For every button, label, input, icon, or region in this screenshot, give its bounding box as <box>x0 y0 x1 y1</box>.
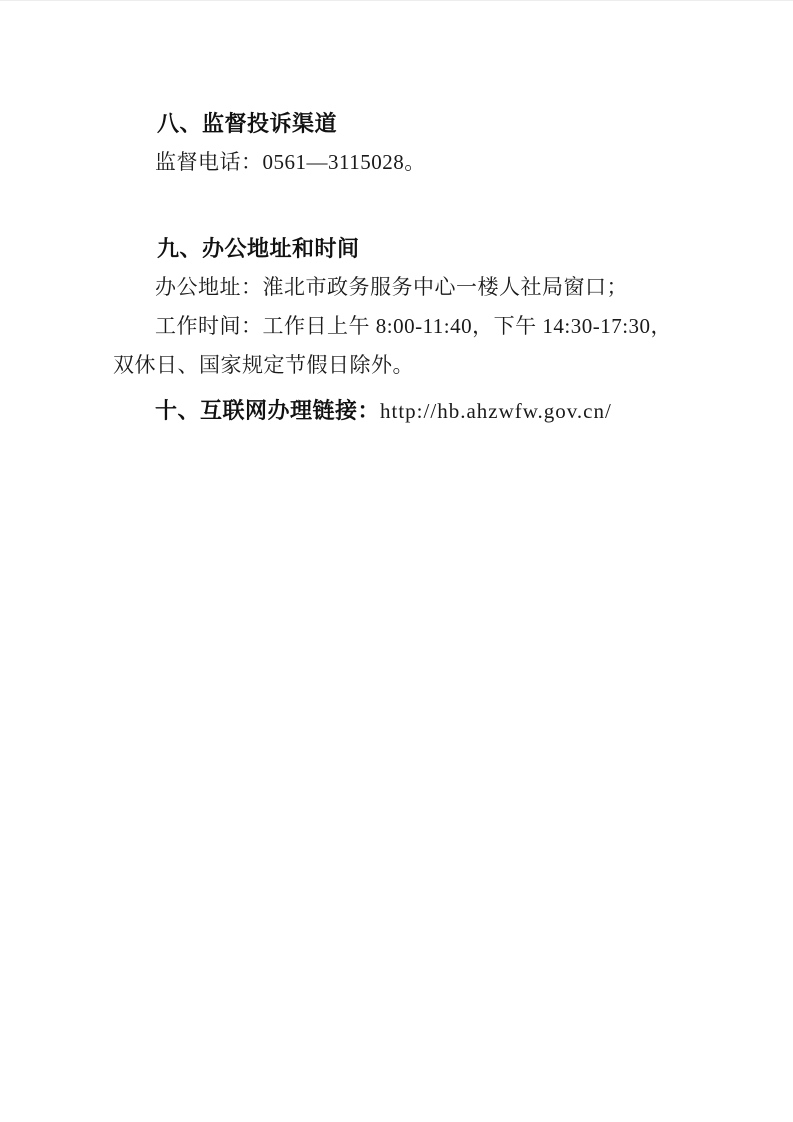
internet-link-url: http://hb.ahzwfw.gov.cn/ <box>380 399 612 423</box>
section-internet-link: 十、互联网办理链接：http://hb.ahzwfw.gov.cn/ <box>113 391 683 431</box>
internet-link-line: 十、互联网办理链接：http://hb.ahzwfw.gov.cn/ <box>113 391 683 431</box>
holiday-exception-line: 双休日、国家规定节假日除外。 <box>113 346 683 385</box>
work-hours-line: 工作时间：工作日上午 8:00-11:40，下午 14:30-17:30， <box>113 307 683 346</box>
document-page: 八、监督投诉渠道 监督电话：0561—3115028。 九、办公地址和时间 办公… <box>0 0 793 1122</box>
supervision-phone-line: 监督电话：0561—3115028。 <box>113 143 683 182</box>
internet-link-heading: 十、互联网办理链接： <box>155 398 380 423</box>
section-heading-supervision: 八、监督投诉渠道 <box>113 104 683 143</box>
office-address-line: 办公地址：淮北市政务服务中心一楼人社局窗口； <box>113 268 683 307</box>
section-office-address-time: 九、办公地址和时间 办公地址：淮北市政务服务中心一楼人社局窗口； 工作时间：工作… <box>113 229 683 385</box>
section-heading-office: 九、办公地址和时间 <box>113 229 683 268</box>
section-supervision-channel: 八、监督投诉渠道 监督电话：0561—3115028。 <box>113 104 683 182</box>
